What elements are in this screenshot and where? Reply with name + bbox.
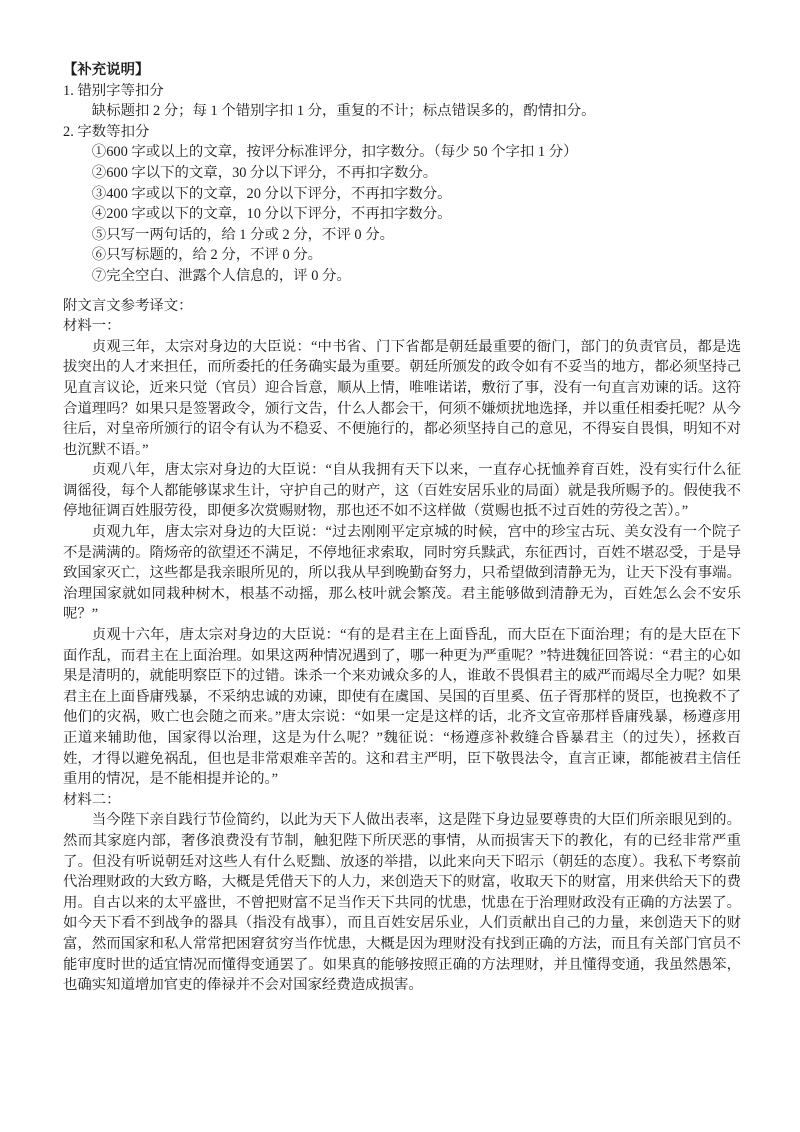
rule-2-heading: 2. 字数等扣分 bbox=[63, 122, 741, 143]
supplement-section: 【补充说明】 1. 错别字等扣分 缺标题扣 2 分；每 1 个错别字扣 1 分，… bbox=[63, 60, 741, 287]
translation-heading: 附文言文参考译文： bbox=[63, 296, 741, 317]
material-2-label: 材料二： bbox=[63, 790, 741, 811]
rule-2-item: ⑦完全空白、泄露个人信息的，评 0 分。 bbox=[63, 266, 741, 287]
document-page: 【补充说明】 1. 错别字等扣分 缺标题扣 2 分；每 1 个错别字扣 1 分，… bbox=[63, 60, 741, 996]
supplement-title: 【补充说明】 bbox=[63, 60, 741, 81]
material-1-paragraph: 贞观九年，唐太宗对身边的大臣说：“过去刚刚平定京城的时候，宫中的珍宝古玩、美女没… bbox=[63, 522, 741, 625]
rule-2-item: ⑤只写一两句话的，给 1 分或 2 分，不评 0 分。 bbox=[63, 225, 741, 246]
rule-1-detail: 缺标题扣 2 分；每 1 个错别字扣 1 分，重复的不计；标点错误多的，酌情扣分… bbox=[63, 101, 741, 122]
rule-1-heading: 1. 错别字等扣分 bbox=[63, 81, 741, 102]
material-2-paragraph: 当今陛下亲自践行节俭简约，以此为天下人做出表率，这是陛下身边显要尊贵的大臣们所亲… bbox=[63, 810, 741, 995]
material-1-paragraph: 贞观三年，太宗对身边的大臣说：“中书省、门下省都是朝廷最重要的衙门，部门的负责官… bbox=[63, 337, 741, 461]
rule-2-item: ④200 字或以下的文章，10 分以下评分，不再扣字数分。 bbox=[63, 204, 741, 225]
rule-2-item: ③400 字或以下的文章，20 分以下评分，不再扣字数分。 bbox=[63, 184, 741, 205]
translation-section: 附文言文参考译文： 材料一： 贞观三年，太宗对身边的大臣说：“中书省、门下省都是… bbox=[63, 296, 741, 996]
material-1-paragraph: 贞观八年，唐太宗对身边的大臣说：“自从我拥有天下以来，一直存心抚恤养育百姓，没有… bbox=[63, 460, 741, 522]
rule-2-item: ⑥只写标题的，给 2 分，不评 0 分。 bbox=[63, 245, 741, 266]
material-1-paragraph: 贞观十六年，唐太宗对身边的大臣说：“有的是君主在上面昏乱，而大臣在下面治理；有的… bbox=[63, 625, 741, 790]
rule-2-item: ①600 字或以上的文章，按评分标准评分，扣字数分。（每少 50 个字扣 1 分… bbox=[63, 142, 741, 163]
rule-2-item: ②600 字以下的文章，30 分以下评分，不再扣字数分。 bbox=[63, 163, 741, 184]
material-1-label: 材料一： bbox=[63, 316, 741, 337]
